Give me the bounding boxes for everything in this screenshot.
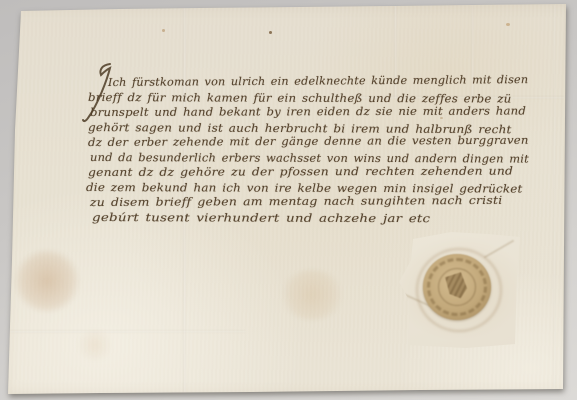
parchment-sheet: Ich fürstkoman von ulrich ein edelknecht… (0, 0, 577, 400)
manuscript-line: brieff dz für mich kamen für ein schulth… (88, 91, 512, 105)
seal-paper-crease (484, 240, 514, 259)
foxing-speck (162, 29, 165, 32)
manuscript-line: genant dz dz gehöre zu der pfossen und r… (88, 165, 513, 179)
vertical-fold-upper-mid (394, 6, 397, 98)
manuscript-line: gehört sagen und ist auch herbrucht bi i… (88, 121, 512, 136)
parchment-shadow-wrap: Ich fürstkoman von ulrich ein edelknecht… (0, 0, 577, 400)
manuscript-line: zu disem brieff geben am mentag nach sun… (90, 194, 502, 209)
horizontal-fold-upper-right (350, 96, 564, 99)
manuscript-line: gebúrt tusent vierhundert und achzehe ja… (92, 211, 430, 225)
foxing-speck (506, 23, 510, 26)
manuscript-line: brunspelt und hand bekant by iren eiden … (90, 104, 526, 119)
manuscript-photograph: Ich fürstkoman von ulrich ein edelknecht… (0, 0, 577, 400)
vertical-fold-left (183, 8, 186, 392)
stain-lower-left (14, 250, 80, 312)
foxing-speck (440, 117, 443, 119)
manuscript-line: und da besunderlich erbers wachsset von … (90, 151, 529, 166)
stain-small (74, 330, 116, 360)
vertical-fold-upper-right (471, 5, 474, 133)
foxing-speck (269, 31, 272, 34)
stain-lower-centre (280, 270, 344, 320)
wax-seal (423, 254, 491, 320)
manuscript-line: Ich fürstkoman von ulrich ein edelknecht… (108, 73, 528, 89)
initial-letter-flourish (80, 60, 120, 130)
manuscript-line: die zem bekund han ich von ire kelbe weg… (86, 181, 523, 196)
horizontal-fold-lower-left (10, 330, 245, 333)
vertical-fold-right-edge (553, 6, 556, 388)
manuscript-line: dz der erber zehende mit der gänge denne… (88, 134, 529, 149)
